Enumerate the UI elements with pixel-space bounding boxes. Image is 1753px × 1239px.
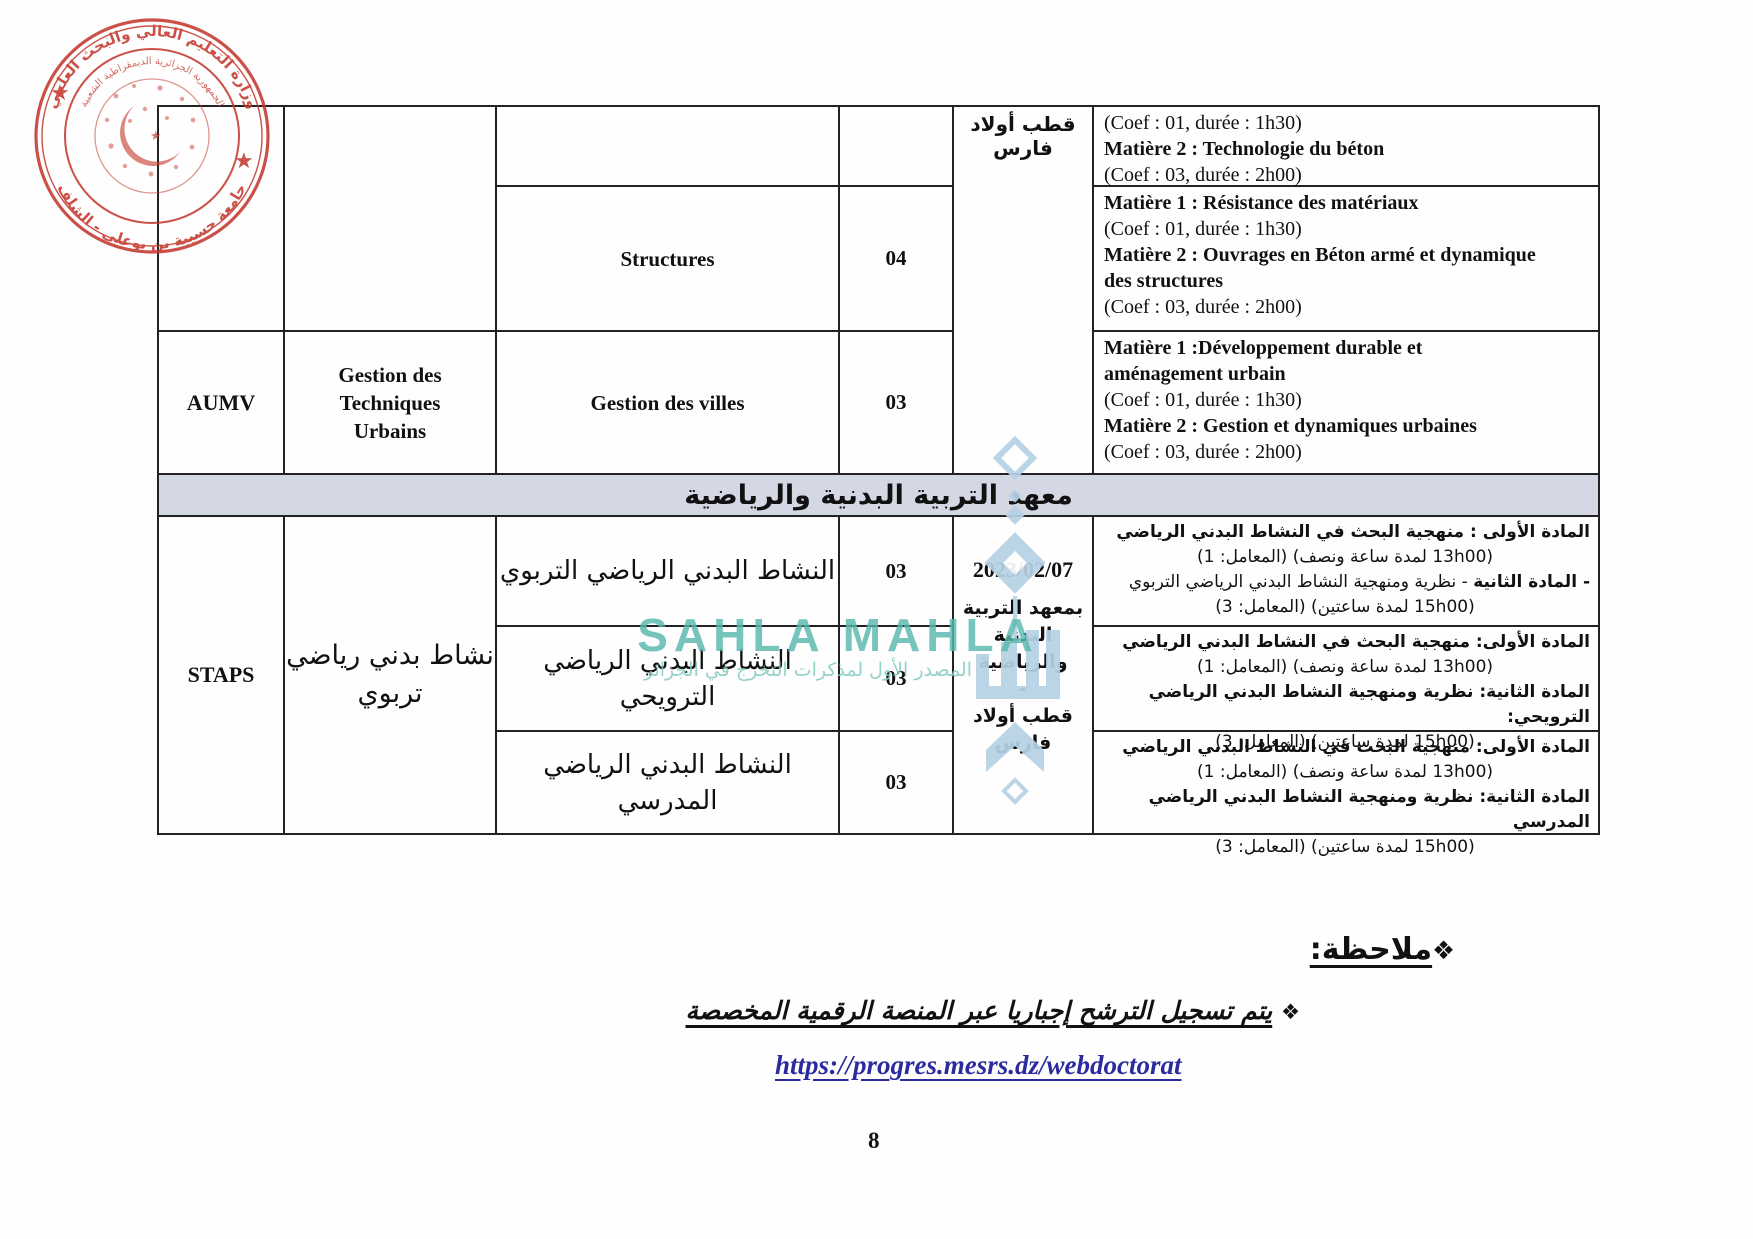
cell-details-rowA: (Coef : 01, durée : 1h30) Matière 2 : Te… <box>1094 107 1600 187</box>
diamond-bullet-icon: ❖ <box>1432 936 1455 966</box>
cell-coef-structures: 04 <box>840 187 954 332</box>
exam-venue: بمعهد التربية البدنية والرياضية - قطب أو… <box>954 595 1092 757</box>
cell-details-staps-3: المادة الأولى: منهجية البحث في النشاط ال… <box>1094 732 1600 835</box>
cell-coef-empty <box>840 107 954 187</box>
cell-exam-date-venue: 2023/02/07 بمعهد التربية البدنية والرياض… <box>954 517 1094 835</box>
cell-details-staps-1: المادة الأولى : منهجية البحث في النشاط ا… <box>1094 517 1600 627</box>
exam-date: 2023/02/07 <box>973 557 1073 583</box>
cell-pole-ouled-fares: قطب أولاد فارس <box>954 107 1094 475</box>
cell-coef-gestion-villes: 03 <box>840 332 954 475</box>
cell-specialty-empty <box>497 107 840 187</box>
cell-specialty-structures: Structures <box>497 187 840 332</box>
cell-specialty-gestion-villes: Gestion des villes <box>497 332 840 475</box>
note-heading: ❖ملاحظة: <box>1310 932 1455 967</box>
stamp-star-left-icon: ★ <box>50 81 70 106</box>
cell-specialty-staps-1: النشاط البدني الرياضي التربوي <box>497 517 840 627</box>
note-registration: ❖ يتم تسجيل الترشح إجباريا عبر المنصة ال… <box>686 996 1300 1025</box>
cell-details-staps-2: المادة الأولى: منهجية البحث في النشاط ال… <box>1094 627 1600 732</box>
cell-coef-staps-3: 03 <box>840 732 954 835</box>
cell-specialty-staps-3: النشاط البدني الرياضي المدرسي <box>497 732 840 835</box>
section-header-institute: معهد التربية البدنية والرياضية <box>159 475 1600 517</box>
cell-details-rowC: Matière 1 :Développement durable et amén… <box>1094 332 1600 475</box>
cell-group-empty <box>285 107 497 332</box>
cell-code-empty <box>159 107 285 332</box>
document-page: (Coef : 01, durée : 1h30) Matière 2 : Te… <box>0 0 1753 1239</box>
svg-text:وزارة التعليم العالي والبحث ال: وزارة التعليم العالي والبحث العلمي <box>42 22 262 111</box>
cell-code-staps: STAPS <box>159 517 285 835</box>
cell-code-aumv: AUMV <box>159 332 285 475</box>
program-table: (Coef : 01, durée : 1h30) Matière 2 : Te… <box>157 105 1600 835</box>
page-number: 8 <box>868 1128 880 1154</box>
cell-coef-staps-2: 03 <box>840 627 954 732</box>
stamp-middle-text: الجمهورية الجزائرية الديمقراطية الشعبية <box>78 56 225 109</box>
registration-link[interactable]: https://progres.mesrs.dz/webdoctorat <box>775 1050 1182 1081</box>
cell-group-staps: نشاط بدني رياضي تربوي <box>285 517 497 835</box>
cell-details-rowB: Matière 1 : Résistance des matériaux (Co… <box>1094 187 1600 332</box>
cell-specialty-staps-2: النشاط البدني الرياضي الترويحي <box>497 627 840 732</box>
cell-coef-staps-1: 03 <box>840 517 954 627</box>
diamond-bullet-icon: ❖ <box>1281 1000 1300 1025</box>
cell-group-gtu: Gestion des Techniques Urbains <box>285 332 497 475</box>
stamp-top-text: وزارة التعليم العالي والبحث العلمي <box>42 22 262 111</box>
svg-text:الجمهورية الجزائرية الديمقراطي: الجمهورية الجزائرية الديمقراطية الشعبية <box>78 56 225 109</box>
